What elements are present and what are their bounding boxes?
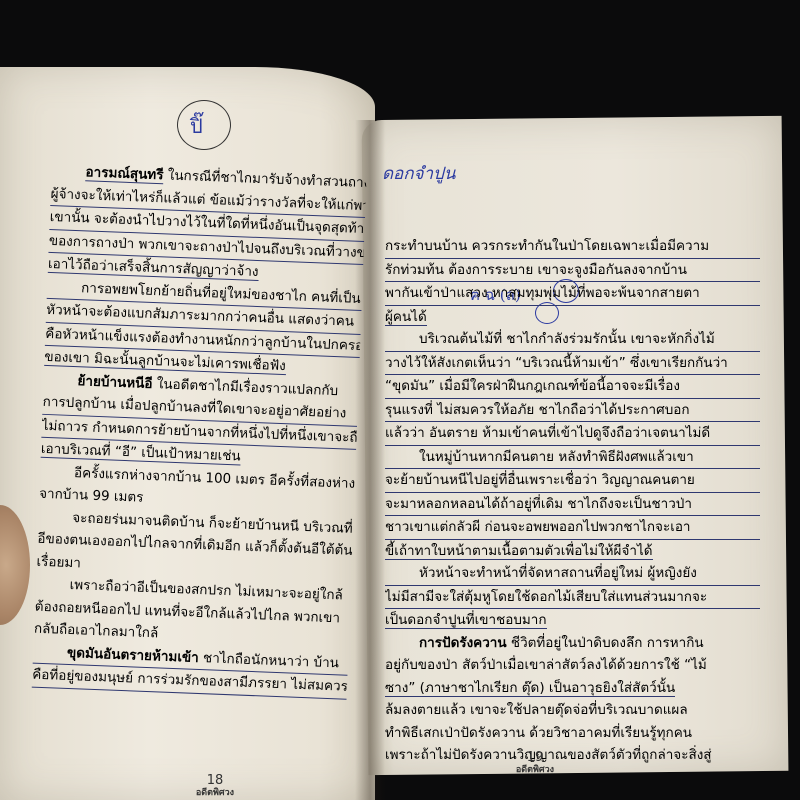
handwritten-note-right-top: ดอกจำปูน xyxy=(382,160,455,187)
text-line: เป็นดอกจำปูนที่เขาชอบมาก xyxy=(385,609,760,632)
left-page-footer: อดีตพิศวง xyxy=(195,788,235,798)
text-line: กระทำบนบ้าน ควรกระทำกันในป่าโดยเฉพาะเมื่… xyxy=(385,235,760,259)
text-line: บริเวณต้นไม้ที่ ชาไกกำลังร่วมรักนั้น เขา… xyxy=(385,328,760,352)
text-line: หัวหน้าจะทำหน้าที่จัดหาสถานที่อยู่ใหม่ ผ… xyxy=(385,562,760,586)
text-line: จะมาหลอกหลอนได้ถ้าอยู่ที่เดิม ชาไกถึงจะเ… xyxy=(385,493,760,517)
text-line: วางไว้ให้สังเกตเห็นว่า “บริเวณนี้ห้ามเข้… xyxy=(385,352,760,376)
text-line: ล้มลงตายแล้ว เขาจะใช้ปลายตุ๊ดจ่อที่บริเว… xyxy=(385,699,760,722)
left-page-number: 18 อดีตพิศวง xyxy=(195,773,235,798)
text-line: ชาวเขาแต่กลัวผี ก่อนจะอพยพออกไปพวกชาไกจะ… xyxy=(385,516,760,540)
text-line: ในหมู่บ้านหากมีคนตาย หลังทำพิธีฝังศพแล้ว… xyxy=(385,446,760,470)
text-line: รักท่วมท้น ต้องการระบาย เขาจะจูงมือกันลง… xyxy=(385,259,760,283)
text-line: ซาง” (ภาษาชาไกเรียก ตุ๊ด) เป็นอาวุธยิงใส… xyxy=(385,677,760,700)
text-line: เพราะถ้าไม่ปัดรังควานวิญญาณของสัตว์ตัวที… xyxy=(385,744,760,767)
handwritten-circle-annotation xyxy=(177,100,231,150)
left-page-text: อารมณ์สุนทรี ในกรณีที่ชาไกมารับจ้างทำสวน… xyxy=(32,160,367,699)
right-page-number: 19 อดีตพิศวง xyxy=(515,750,555,775)
text-line: พากันเข้าป่าแสวง หาสุมทุมพุ่มไม้ที่พอจะพ… xyxy=(385,282,760,306)
text-line: ทำพิธีเสกเป่าปัดรังควาน ด้วยวิชาอาคมที่เ… xyxy=(385,722,760,745)
right-page-footer: อดีตพิศวง xyxy=(515,765,555,775)
text-line: “ขุดมัน” เมื่อมีใครฝ่าฝืนกฎเกณฑ์ข้อนี้อา… xyxy=(385,375,760,399)
text-line: จะย้ายบ้านหนีไปอยู่ที่อื่นเพราะเชื่อว่า … xyxy=(385,469,760,493)
text-line: รุนแรงที่ ไม่สมควรให้อภัย ชาไกถือว่าได้ป… xyxy=(385,399,760,423)
text-line: อยู่กับของป่า สัตว์ป่าเมื่อเขาล่าสัตว์ลง… xyxy=(385,654,760,677)
handwritten-note-left: ปิ๊ xyxy=(190,110,203,142)
right-page-text: กระทำบนบ้าน ควรกระทำกันในป่าโดยเฉพาะเมื่… xyxy=(385,235,760,767)
text-line: ไม่มีสามีจะใส่ตุ้มหูโดยใช้ดอกไม้เสียบใส่… xyxy=(385,586,760,610)
text-line: แล้วว่า อันตราย ห้ามเข้าคนที่เข้าไปดูจึง… xyxy=(385,422,760,446)
text-line: ขี้เถ้าทาใบหน้าตามเนื้อตามตัวเพื่อไม่ให้… xyxy=(385,540,760,563)
text-line: การปัดรังควาน ชีวิตที่อยู่ในป่าดิบดงลึก … xyxy=(385,632,760,655)
text-line: ผู้คนได้ xyxy=(385,306,760,329)
